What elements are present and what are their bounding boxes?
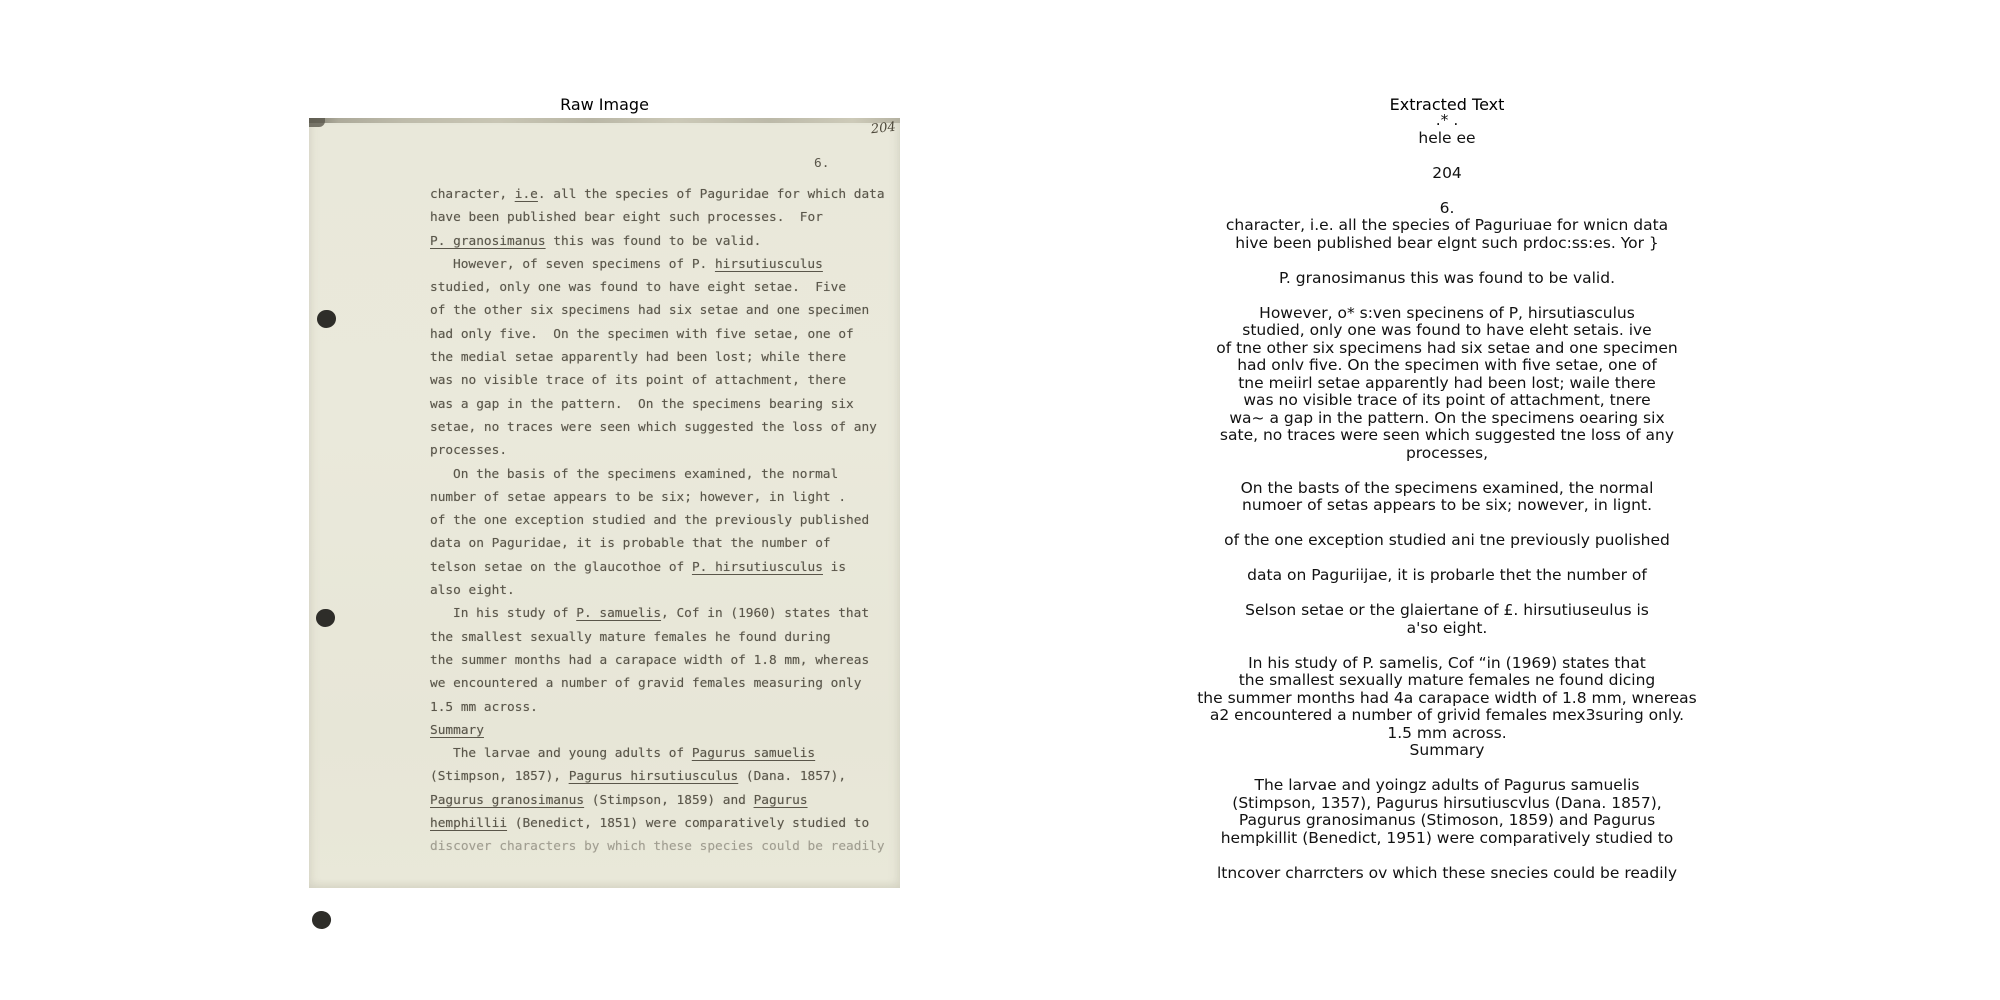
scan-text-segment: the smallest sexually mature females he … xyxy=(430,630,831,645)
scan-text-segment: had only five. On the specimen with five… xyxy=(430,327,854,342)
ocr-line: Selson setae or the glaiertane of £. hir… xyxy=(1097,602,1797,620)
scan-line: studied, only one was found to have eigh… xyxy=(430,276,885,299)
ocr-line: sate, no traces were seen which suggeste… xyxy=(1097,427,1797,445)
scan-text-segment: discover characters by which these speci… xyxy=(430,839,885,854)
scan-text-segment: (Benedict, 1851) were comparatively stud… xyxy=(507,816,869,831)
ocr-line xyxy=(1097,637,1797,655)
ocr-line xyxy=(1097,462,1797,480)
raw-image-panel-title: Raw Image xyxy=(309,95,900,114)
ocr-comparison-view: Raw Image 204 6. character, i.e. all the… xyxy=(0,0,2000,1000)
ocr-line: On the basts of the specimens examined, … xyxy=(1097,480,1797,498)
scan-line: the medial setae apparently had been los… xyxy=(430,346,885,369)
ocr-line: had onlv five. On the specimen with five… xyxy=(1097,357,1797,375)
ocr-line xyxy=(1097,182,1797,200)
scan-text-segment: have been published bear eight such proc… xyxy=(430,210,823,225)
scan-underlined-text: Pagurus granosimanus xyxy=(430,793,584,808)
scan-underlined-text: Pagurus xyxy=(754,793,808,808)
scan-line: the smallest sexually mature females he … xyxy=(430,626,885,649)
scan-text-segment: the medial setae apparently had been los… xyxy=(430,350,846,365)
ocr-line xyxy=(1097,760,1797,778)
hole-punch xyxy=(316,609,335,627)
scan-line: setae, no traces were seen which suggest… xyxy=(430,416,885,439)
ocr-lines: .* .hele ee 204 6.character, i.e. all th… xyxy=(1097,112,1797,882)
scan-line: had only five. On the specimen with five… xyxy=(430,323,885,346)
scanned-document-page: 204 6. character, i.e. all the species o… xyxy=(309,118,900,888)
scan-line: character, i.e. all the species of Pagur… xyxy=(430,183,885,206)
scan-text-segment: was no visible trace of its point of att… xyxy=(430,373,846,388)
ocr-line xyxy=(1097,847,1797,865)
scan-underlined-text: P. granosimanus xyxy=(430,234,546,249)
hole-punch xyxy=(317,310,336,328)
ocr-line: .* . xyxy=(1097,112,1797,130)
ocr-line: P. granosimanus this was found to be val… xyxy=(1097,270,1797,288)
ocr-line: 1.5 mm across. xyxy=(1097,725,1797,743)
scan-text-segment: On the basis of the specimens examined, … xyxy=(453,467,838,482)
scan-text-segment: (Dana. 1857), xyxy=(738,769,846,784)
scan-text-segment: data on Paguridae, it is probable that t… xyxy=(430,536,831,551)
scan-text-segment: we encountered a number of gravid female… xyxy=(430,676,861,691)
scan-text-segment: of the one exception studied and the pre… xyxy=(430,513,869,528)
scan-line: 1.5 mm across. xyxy=(430,696,885,719)
scan-line: processes. xyxy=(430,439,885,462)
ocr-line: the summer months had 4a carapace width … xyxy=(1097,690,1797,708)
scan-text-segment: the summer months had a carapace width o… xyxy=(430,653,869,668)
scan-underlined-text: P. samuelis xyxy=(576,606,661,621)
ocr-line: (Stimpson, 1357), Pagurus hirsutiuscvlus… xyxy=(1097,795,1797,813)
scan-text-segment: , Cof in (1960) states that xyxy=(661,606,869,621)
ocr-line xyxy=(1097,550,1797,568)
ocr-line: tne meiirl setae apparently had been los… xyxy=(1097,375,1797,393)
ocr-line: 6. xyxy=(1097,200,1797,218)
scan-text-segment: However, of seven specimens of P. xyxy=(453,257,715,272)
scan-text-segment: this was found to be valid. xyxy=(546,234,762,249)
scan-text-segment: (Stimpson, 1857), xyxy=(430,769,569,784)
ocr-line: was no visible trace of its point of att… xyxy=(1097,392,1797,410)
scan-text-block: character, i.e. all the species of Pagur… xyxy=(430,183,885,859)
scan-text-segment: In his study of xyxy=(453,606,576,621)
ocr-line: a'so eight. xyxy=(1097,620,1797,638)
scan-underlined-text: Pagurus samuelis xyxy=(692,746,815,761)
ocr-line: In his study of P. samelis, Cof “in (196… xyxy=(1097,655,1797,673)
scan-line: we encountered a number of gravid female… xyxy=(430,672,885,695)
scan-text-segment: also eight. xyxy=(430,583,515,598)
scan-text-segment: processes. xyxy=(430,443,507,458)
ocr-line: a2 encountered a number of grivid female… xyxy=(1097,707,1797,725)
ocr-line: However, o* s:ven specinens of P, hirsut… xyxy=(1097,305,1797,323)
scan-line: discover characters by which these speci… xyxy=(430,835,885,858)
ocr-line: the smallest sexually mature females ne … xyxy=(1097,672,1797,690)
handwritten-corner-number: 204 xyxy=(870,120,896,138)
scan-line: Summary xyxy=(430,719,885,742)
scan-line: On the basis of the specimens examined, … xyxy=(430,463,885,486)
scan-line: However, of seven specimens of P. hirsut… xyxy=(430,253,885,276)
scan-line: have been published bear eight such proc… xyxy=(430,206,885,229)
ocr-line: hive been published bear elgnt such prdo… xyxy=(1097,235,1797,253)
scan-line: Pagurus granosimanus (Stimpson, 1859) an… xyxy=(430,789,885,812)
scan-line: telson setae on the glaucothoe of P. hir… xyxy=(430,556,885,579)
ocr-line: of the one exception studied ani tne pre… xyxy=(1097,532,1797,550)
scan-underlined-text: i.e xyxy=(515,187,538,202)
scan-line: The larvae and young adults of Pagurus s… xyxy=(430,742,885,765)
ocr-line: of tne other six specimens had six setae… xyxy=(1097,340,1797,358)
scan-underlined-text: P. hirsutiusculus xyxy=(692,560,823,575)
scan-line: the summer months had a carapace width o… xyxy=(430,649,885,672)
scan-underlined-text: hirsutiusculus xyxy=(715,257,823,272)
ocr-line: processes, xyxy=(1097,445,1797,463)
scan-line: P. granosimanus this was found to be val… xyxy=(430,230,885,253)
scan-line: (Stimpson, 1857), Pagurus hirsutiusculus… xyxy=(430,765,885,788)
ocr-line: numoer of setas appears to be six; nowev… xyxy=(1097,497,1797,515)
scan-line: was a gap in the pattern. On the specime… xyxy=(430,393,885,416)
scan-text-segment: . all the species of Paguridae for which… xyxy=(538,187,885,202)
scan-line: hemphillii (Benedict, 1851) were compara… xyxy=(430,812,885,835)
scan-line: In his study of P. samuelis, Cof in (196… xyxy=(430,602,885,625)
scan-underlined-text: Pagurus hirsutiusculus xyxy=(569,769,739,784)
scan-corner-smudge xyxy=(309,118,325,127)
scan-text-segment: The larvae and young adults of xyxy=(453,746,692,761)
ocr-line: data on Paguriijae, it is probarle thet … xyxy=(1097,567,1797,585)
scan-text-segment: 1.5 mm across. xyxy=(430,700,538,715)
ocr-line: hele ee xyxy=(1097,130,1797,148)
ocr-line xyxy=(1097,585,1797,603)
scan-text-segment: number of setae appears to be six; howev… xyxy=(430,490,846,505)
scan-text-segment: (Stimpson, 1859) and xyxy=(584,793,754,808)
ocr-line xyxy=(1097,147,1797,165)
scan-text-segment: was a gap in the pattern. On the specime… xyxy=(430,397,854,412)
typed-page-number: 6. xyxy=(814,156,829,171)
ocr-line: ltncover charrcters ov which these sneci… xyxy=(1097,865,1797,883)
scan-underlined-text: hemphillii xyxy=(430,816,507,831)
ocr-line: wa~ a gap in the pattern. On the specime… xyxy=(1097,410,1797,428)
ocr-line: hempkillit (Benedict, 1951) were compara… xyxy=(1097,830,1797,848)
scan-text-segment: of the other six specimens had six setae… xyxy=(430,303,869,318)
scan-top-edge-artifact xyxy=(309,118,900,123)
ocr-line xyxy=(1097,252,1797,270)
scan-line: also eight. xyxy=(430,579,885,602)
scan-line: of the other six specimens had six setae… xyxy=(430,299,885,322)
ocr-line: Summary xyxy=(1097,742,1797,760)
scan-text-segment: studied, only one was found to have eigh… xyxy=(430,280,846,295)
ocr-line: Pagurus granosimanus (Stimoson, 1859) an… xyxy=(1097,812,1797,830)
scan-line: was no visible trace of its point of att… xyxy=(430,369,885,392)
ocr-line: The larvae and yoingz adults of Pagurus … xyxy=(1097,777,1797,795)
scan-line: of the one exception studied and the pre… xyxy=(430,509,885,532)
scan-text-segment: setae, no traces were seen which suggest… xyxy=(430,420,877,435)
scan-line: data on Paguridae, it is probable that t… xyxy=(430,532,885,555)
scan-line: number of setae appears to be six; howev… xyxy=(430,486,885,509)
scan-text-segment: is xyxy=(823,560,846,575)
scan-text-segment: telson setae on the glaucothoe of xyxy=(430,560,692,575)
hole-punch xyxy=(310,909,332,931)
ocr-line xyxy=(1097,287,1797,305)
ocr-line xyxy=(1097,515,1797,533)
ocr-line: 204 xyxy=(1097,165,1797,183)
scan-underlined-text: Summary xyxy=(430,723,484,738)
ocr-line: character, i.e. all the species of Pagur… xyxy=(1097,217,1797,235)
ocr-line: studied, only one was found to have eleh… xyxy=(1097,322,1797,340)
scan-text-segment: character, xyxy=(430,187,515,202)
